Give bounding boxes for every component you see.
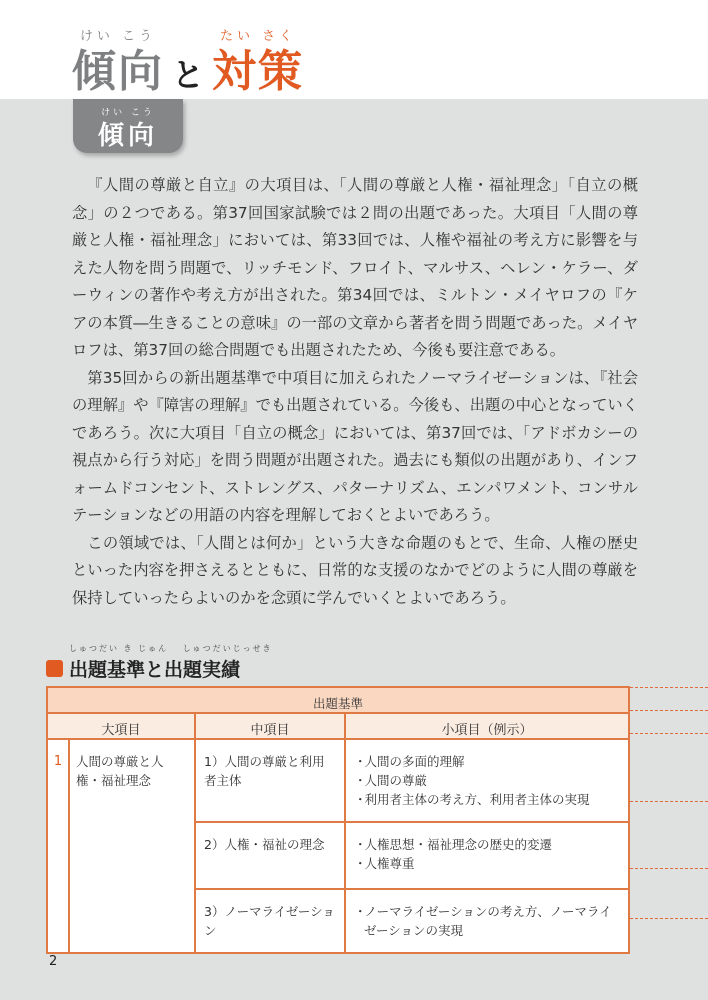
dashed-guide-line <box>630 868 708 869</box>
page-number: 2 <box>49 954 57 969</box>
middle-item-cell: 1）人間の尊厳と利用者主体 <box>195 739 345 822</box>
table-row: 1 人間の尊厳と人権・福祉理念 1）人間の尊厳と利用者主体 人間の多面的理解 人… <box>47 739 629 822</box>
orange-square-icon <box>46 660 63 677</box>
column-header-middle-item: 中項目 <box>195 713 345 739</box>
page-title: けい こう 傾向 と たい さく 対策 <box>72 24 304 94</box>
small-item: 人権尊重 <box>354 854 620 873</box>
row-number: 1 <box>47 739 69 953</box>
trend-body-text: 『人間の尊厳と自立』の大項目は、「人間の尊厳と人権・福祉理念」「自立の概念」の２… <box>72 172 638 612</box>
dashed-guide-line <box>630 687 708 688</box>
title-conjunction: と <box>172 59 204 91</box>
small-item: 人間の尊厳 <box>354 771 620 790</box>
table-header-main: 出題基準 <box>47 687 629 713</box>
section-heading-title: しゅつだい き じゅん しゅつだいじっせき 出題基準と出題実績 <box>69 655 240 682</box>
section-heading: しゅつだい き じゅん しゅつだいじっせき 出題基準と出題実績 <box>46 648 240 682</box>
large-item-cell: 人間の尊厳と人権・福祉理念 <box>69 739 195 953</box>
small-item-cell: 人権思想・福祉理念の歴史的変遷 人権尊重 <box>345 822 629 889</box>
small-item: 人間の多面的理解 <box>354 752 620 771</box>
section-tab-label: 傾向 <box>73 115 183 152</box>
title-word-trend: けい こう 傾向 <box>72 50 164 94</box>
small-item: ノーマライゼーションの考え方、ノーマライゼーションの実現 <box>354 902 620 940</box>
column-header-small-item: 小項目（例示） <box>345 713 629 739</box>
dashed-guide-line <box>630 801 708 802</box>
small-item-cell: 人間の多面的理解 人間の尊厳 利用者主体の考え方、利用者主体の実現 <box>345 739 629 822</box>
small-item: 利用者主体の考え方、利用者主体の実現 <box>354 790 620 809</box>
section-heading-ruby: しゅつだい き じゅん しゅつだいじっせき <box>69 643 273 654</box>
paragraph: この領域では、「人間とは何か」という大きな命題のもとで、生命、人権の歴史といった… <box>72 530 638 613</box>
title-word-measures: たい さく 対策 <box>212 50 304 94</box>
section-tab-trend: けい こう 傾向 <box>73 99 183 153</box>
exam-standards-table: 出題基準 大項目 中項目 小項目（例示） 1 人間の尊厳と人権・福祉理念 1）人… <box>46 686 630 954</box>
dashed-guide-line <box>630 918 708 919</box>
paragraph: 第35回からの新出題基準で中項目に加えられたノーマライゼーションは、『社会の理解… <box>72 365 638 530</box>
title-word-measures-ruby: たい さく <box>212 30 304 43</box>
small-item: 人権思想・福祉理念の歴史的変遷 <box>354 835 620 854</box>
title-word-trend-ruby: けい こう <box>72 30 164 43</box>
dashed-guide-line <box>630 710 708 711</box>
paragraph: 『人間の尊厳と自立』の大項目は、「人間の尊厳と人権・福祉理念」「自立の概念」の２… <box>72 172 638 365</box>
column-header-large-item: 大項目 <box>47 713 195 739</box>
middle-item-cell: 2）人権・福祉の理念 <box>195 822 345 889</box>
dashed-guide-line <box>630 733 708 734</box>
middle-item-cell: 3）ノーマライゼーション <box>195 889 345 953</box>
small-item-cell: ノーマライゼーションの考え方、ノーマライゼーションの実現 <box>345 889 629 953</box>
